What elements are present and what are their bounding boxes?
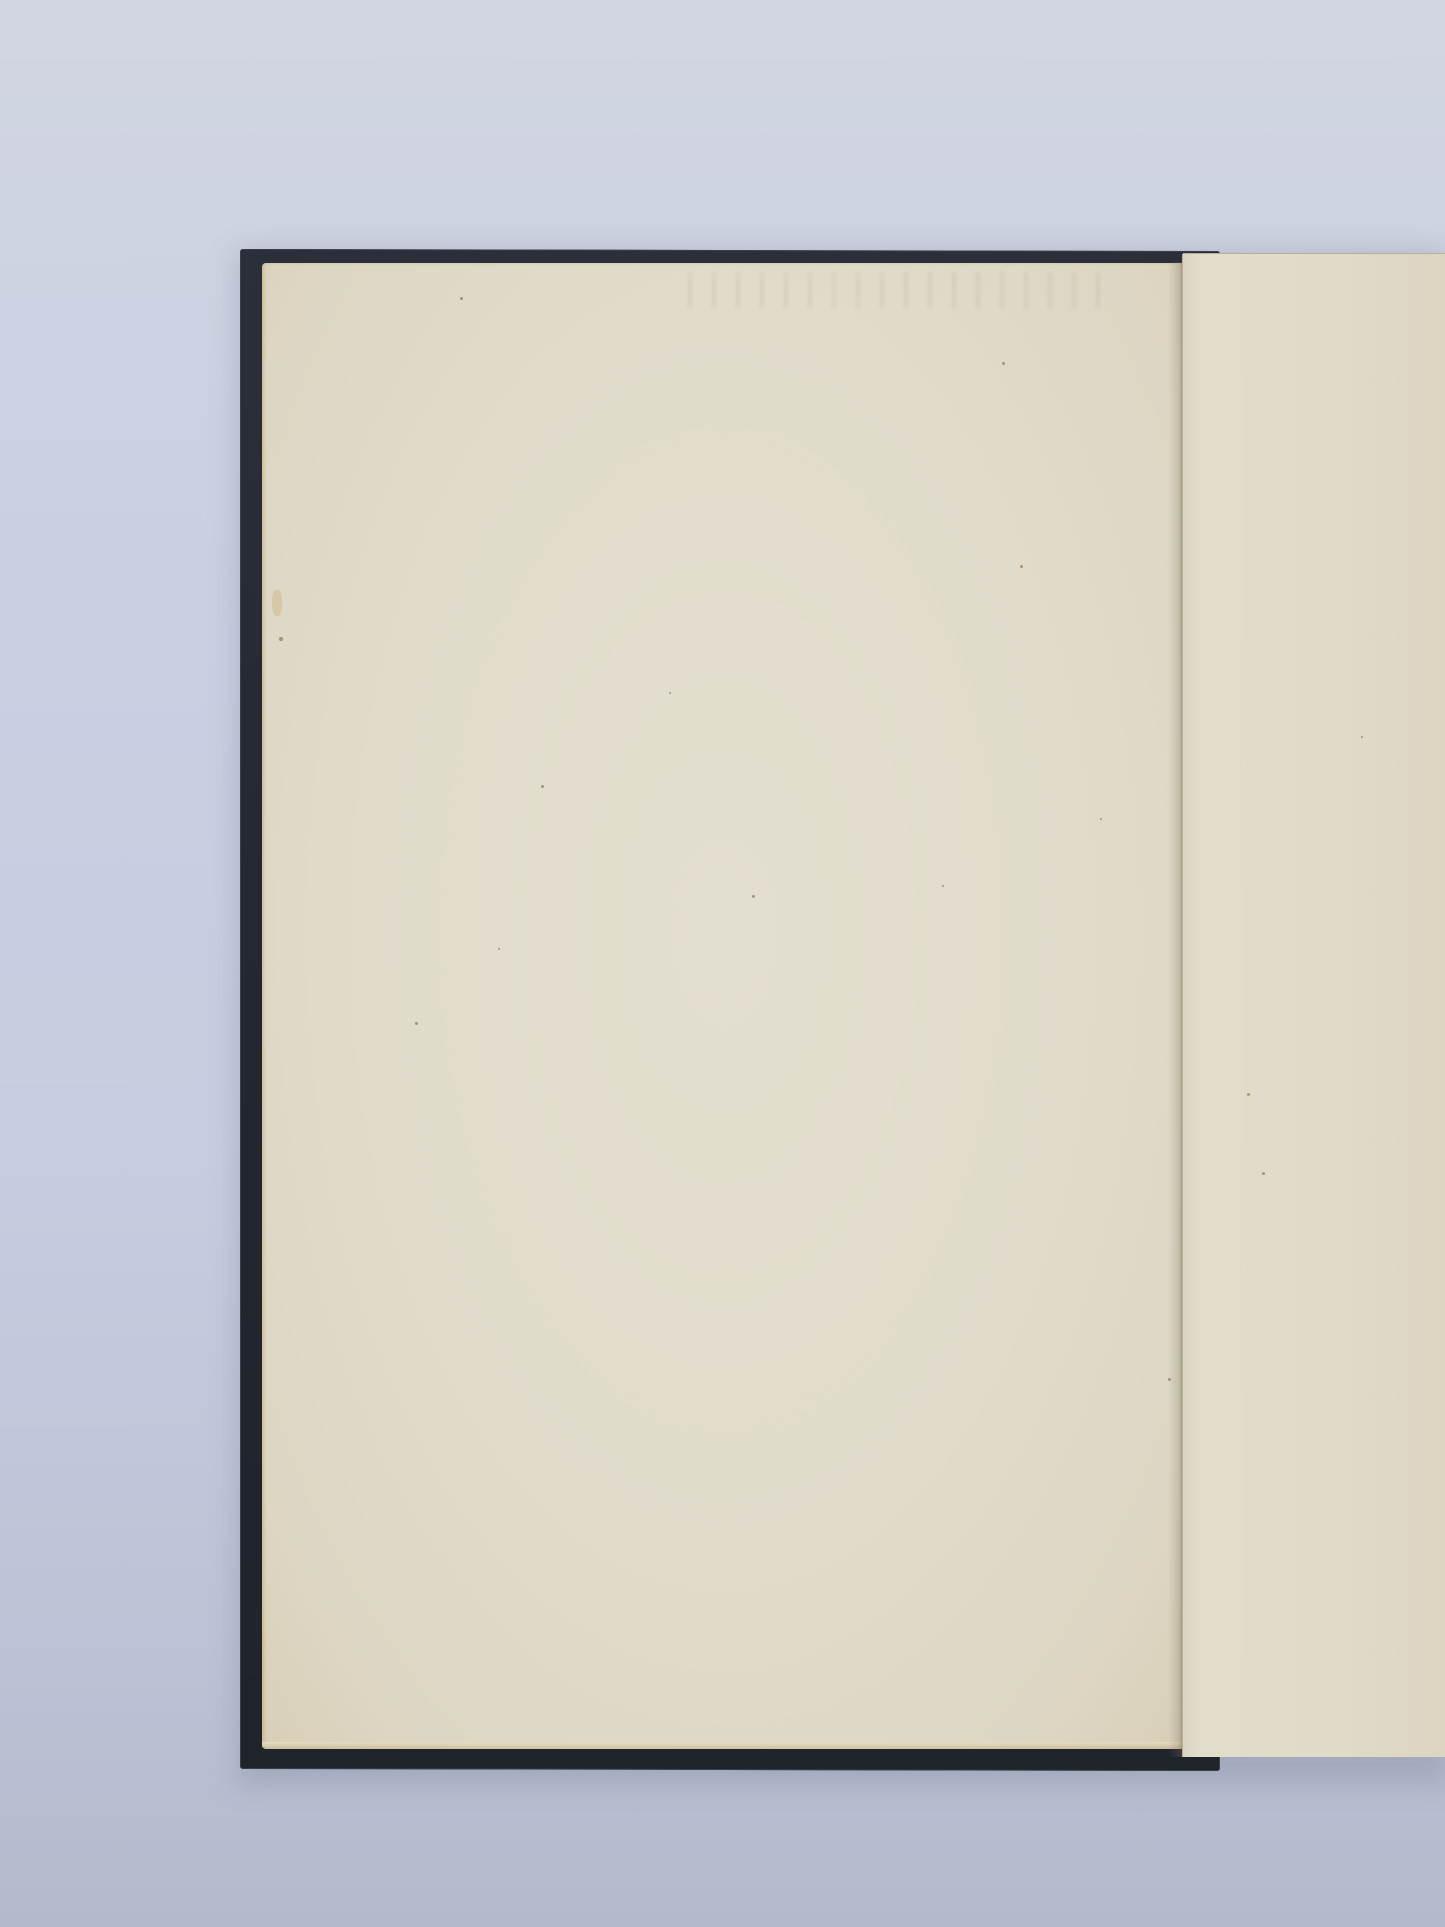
foxing-spot xyxy=(1100,818,1102,820)
foxing-spot xyxy=(1262,1172,1265,1175)
photo-scene xyxy=(0,0,1445,1927)
foxing-spot xyxy=(415,1022,418,1025)
page-bottom-edge xyxy=(262,1742,1182,1747)
foxing-spot xyxy=(1168,1378,1171,1381)
foxing-spot xyxy=(541,785,544,788)
foxing-stain xyxy=(272,590,282,616)
foxing-spot xyxy=(1020,565,1023,568)
foxing-spot xyxy=(279,637,283,641)
foxing-spot xyxy=(1361,736,1363,738)
foxing-spot xyxy=(752,895,755,898)
foxing-spot xyxy=(1002,362,1005,365)
foxing-spot xyxy=(942,885,944,887)
foxing-spot xyxy=(1247,1093,1250,1096)
left-endpaper xyxy=(262,263,1184,1749)
foxing-spot xyxy=(498,948,500,950)
show-through-marks xyxy=(680,272,1100,308)
right-page-text xyxy=(1183,254,1184,255)
right-page xyxy=(1183,254,1445,1757)
foxing-spot xyxy=(669,692,671,694)
foxing-spot xyxy=(460,297,463,300)
